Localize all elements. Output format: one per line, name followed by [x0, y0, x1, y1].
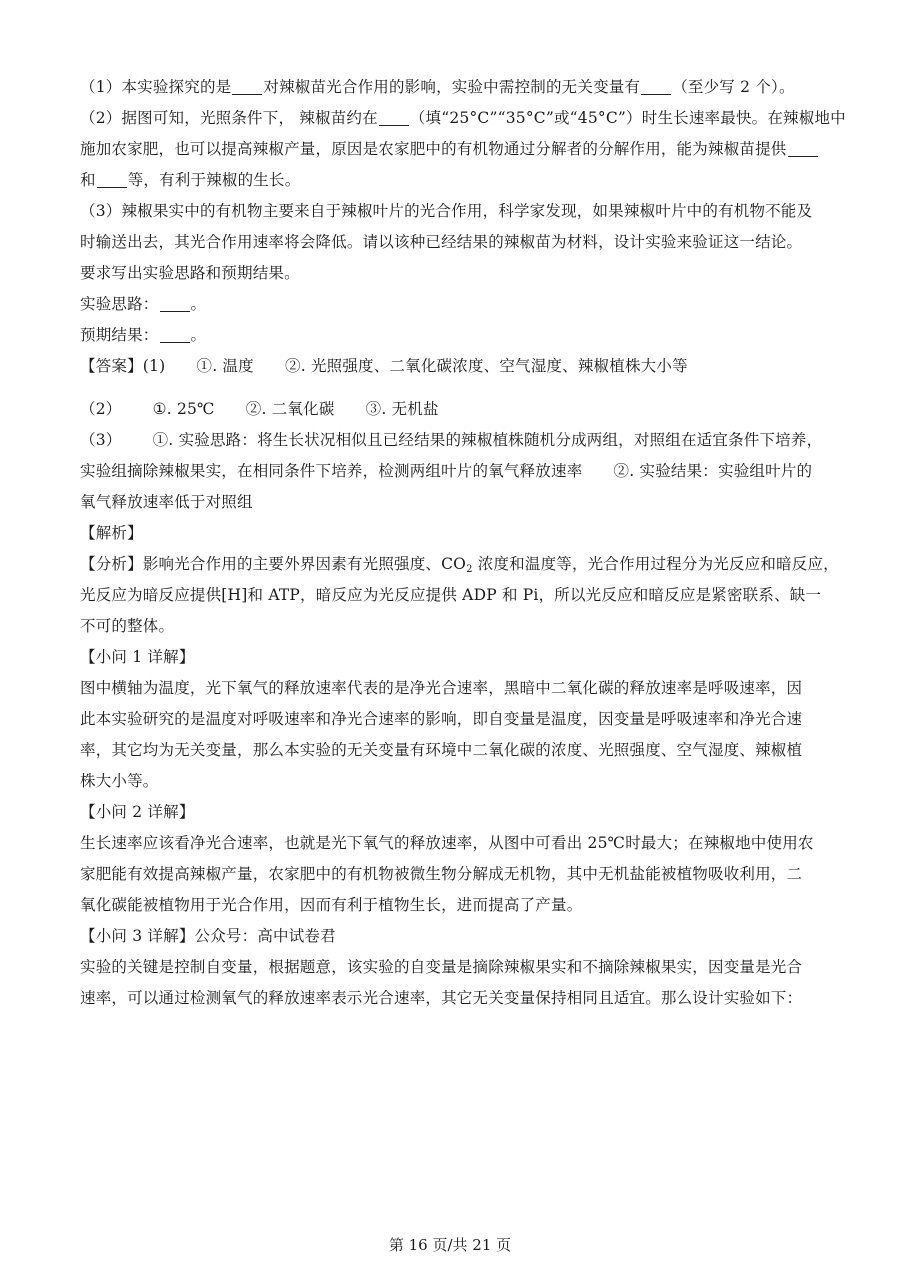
fenxi-line-1: 【分析】影响光合作用的主要外界因素有光照强度、CO2 浓度和温度等，光合作用过程… — [80, 549, 825, 580]
answer-3-2: ②. 实验结果：实验组叶片的 — [614, 462, 813, 480]
period: 。 — [191, 295, 207, 313]
page-content: （1）本实验探究的是对辣椒苗光合作用的影响，实验中需控制的无关变量有（至少写 2… — [80, 72, 825, 1014]
q2-text-b: （填“25°C”“35°C”或“45°C”）时生长速率最快。在辣椒地中 — [410, 109, 846, 127]
s2-line: 家肥能有效提高辣椒产量，农家肥中的有机物被微生物分解成无机物，其中无机盐能被植物… — [80, 859, 825, 890]
answer-line-2: （2） ①. 25℃ ②. 二氧化碳 ③. 无机盐 — [80, 394, 825, 425]
s2-line: 生长速率应该看净光合速率，也就是光下氧气的释放速率，从图中可看出 25℃时最大；… — [80, 828, 825, 859]
idea-label: 实验思路： — [80, 295, 159, 313]
fenxi-line-2: 光反应为暗反应提供[H]和 ATP，暗反应为光反应提供 ADP 和 Pi，所以光… — [80, 580, 825, 611]
s1-line: 图中横轴为温度，光下氧气的释放速率代表的是净光合速率，黑暗中二氧化碳的释放速率是… — [80, 673, 825, 704]
sub-question-2-label: 【小问 2 详解】 — [80, 797, 825, 828]
s3-line: 速率，可以通过检测氧气的释放速率表示光合速率，其它无关变量保持相同且适宜。那么设… — [80, 983, 825, 1014]
answer-1-1: ①. 温度 — [197, 357, 254, 375]
q1-text-c: （至少写 2 个）。 — [672, 78, 794, 96]
answer-blank — [97, 170, 127, 188]
q2-text-e: 等，有利于辣椒的生长。 — [128, 171, 301, 189]
q3-idea-line: 实验思路：。 — [80, 289, 825, 320]
s2-line: 氧化碳能被植物用于光合作用，因而有利于植物生长，进而提高了产量。 — [80, 890, 825, 921]
q2-line-1: （2）据图可知，光照条件下， 辣椒苗约在（填“25°C”“35°C”或“45°C… — [80, 103, 825, 134]
q2-text-a: （2）据图可知，光照条件下， 辣椒苗约在 — [80, 109, 378, 127]
answer-label: 【答案】(1) — [80, 357, 165, 375]
result-label: 预期结果： — [80, 326, 159, 344]
s3-line: 实验的关键是控制自变量，根据题意，该实验的自变量是摘除辣椒果实和不摘除辣椒果实，… — [80, 952, 825, 983]
q3-line-3: 要求写出实验思路和预期结果。 — [80, 258, 825, 289]
q2-line-2: 施加农家肥，也可以提高辣椒产量，原因是农家肥中的有机物通过分解者的分解作用，能为… — [80, 134, 825, 165]
answer-blank — [160, 294, 190, 312]
page-number: 第 16 页/共 21 页 — [0, 1234, 900, 1255]
answer-blank — [232, 77, 262, 95]
answer-line-1: 【答案】(1) ①. 温度 ②. 光照强度、二氧化碳浓度、空气湿度、辣椒植株大小… — [80, 351, 825, 382]
q3-result-line: 预期结果：。 — [80, 320, 825, 351]
answer-2-label: （2） — [80, 400, 121, 418]
q2-text-d: 和 — [80, 171, 96, 189]
answer-line-5: 氧气释放速率低于对照组 — [80, 487, 825, 518]
s1-line: 此本实验研究的是温度对呼吸速率和净光合速率的影响，即自变量是温度，因变量是呼吸速… — [80, 704, 825, 735]
answer-3-label: （3） — [80, 431, 121, 449]
document-page: （1）本实验探究的是对辣椒苗光合作用的影响，实验中需控制的无关变量有（至少写 2… — [0, 0, 900, 1273]
period: 。 — [191, 326, 207, 344]
answer-3-1-cont: 实验组摘除辣椒果实，在相同条件下培养，检测两组叶片的氧气释放速率 — [80, 462, 582, 480]
q1-text-b: 对辣椒苗光合作用的影响，实验中需控制的无关变量有 — [263, 78, 640, 96]
q2-line-3: 和等，有利于辣椒的生长。 — [80, 165, 825, 196]
answer-2-1: ①. 25℃ — [153, 400, 215, 418]
fenxi-label: 【分析】 — [80, 555, 143, 573]
answer-2-3: ③. 无机盐 — [366, 400, 439, 418]
answer-1-2: ②. 光照强度、二氧化碳浓度、空气湿度、辣椒植株大小等 — [285, 357, 688, 375]
answer-3-1: ①. 实验思路：将生长状况相似且已经结果的辣椒植株随机分成两组，对照组在适宜条件… — [153, 431, 823, 449]
answer-blank — [788, 139, 818, 157]
sub-question-1-label: 【小问 1 详解】 — [80, 642, 825, 673]
answer-blank — [379, 108, 409, 126]
q3-line-1: （3）辣椒果实中的有机物主要来自于辣椒叶片的光合作用，科学家发现，如果辣椒叶片中… — [80, 196, 825, 227]
q3-line-2: 时输送出去，其光合作用速率将会降低。请以该种已经结果的辣椒苗为材料，设计实验来验… — [80, 227, 825, 258]
answer-2-2: ②. 二氧化碳 — [246, 400, 335, 418]
analysis-label: 【解析】 — [80, 518, 825, 549]
s1-line: 率，其它均为无关变量，那么本实验的无关变量有环境中二氧化碳的浓度、光照强度、空气… — [80, 735, 825, 766]
q1-line: （1）本实验探究的是对辣椒苗光合作用的影响，实验中需控制的无关变量有（至少写 2… — [80, 72, 825, 103]
answer-line-4: 实验组摘除辣椒果实，在相同条件下培养，检测两组叶片的氧气释放速率 ②. 实验结果… — [80, 456, 825, 487]
answer-line-3: （3） ①. 实验思路：将生长状况相似且已经结果的辣椒植株随机分成两组，对照组在… — [80, 425, 825, 456]
q1-text-a: （1）本实验探究的是 — [80, 78, 231, 96]
fenxi-text-a: 影响光合作用的主要外界因素有光照强度、CO — [143, 555, 466, 573]
fenxi-line-3: 不可的整体。 — [80, 611, 825, 642]
sub-question-3-label: 【小问 3 详解】公众号：高中试卷君 — [80, 921, 825, 952]
q2-text-c: 施加农家肥，也可以提高辣椒产量，原因是农家肥中的有机物通过分解者的分解作用，能为… — [80, 140, 787, 158]
s1-line: 株大小等。 — [80, 766, 825, 797]
answer-blank — [641, 77, 671, 95]
answer-blank — [160, 325, 190, 343]
fenxi-text-b: 浓度和温度等，光合作用过程分为光反应和暗反应， — [473, 555, 839, 573]
